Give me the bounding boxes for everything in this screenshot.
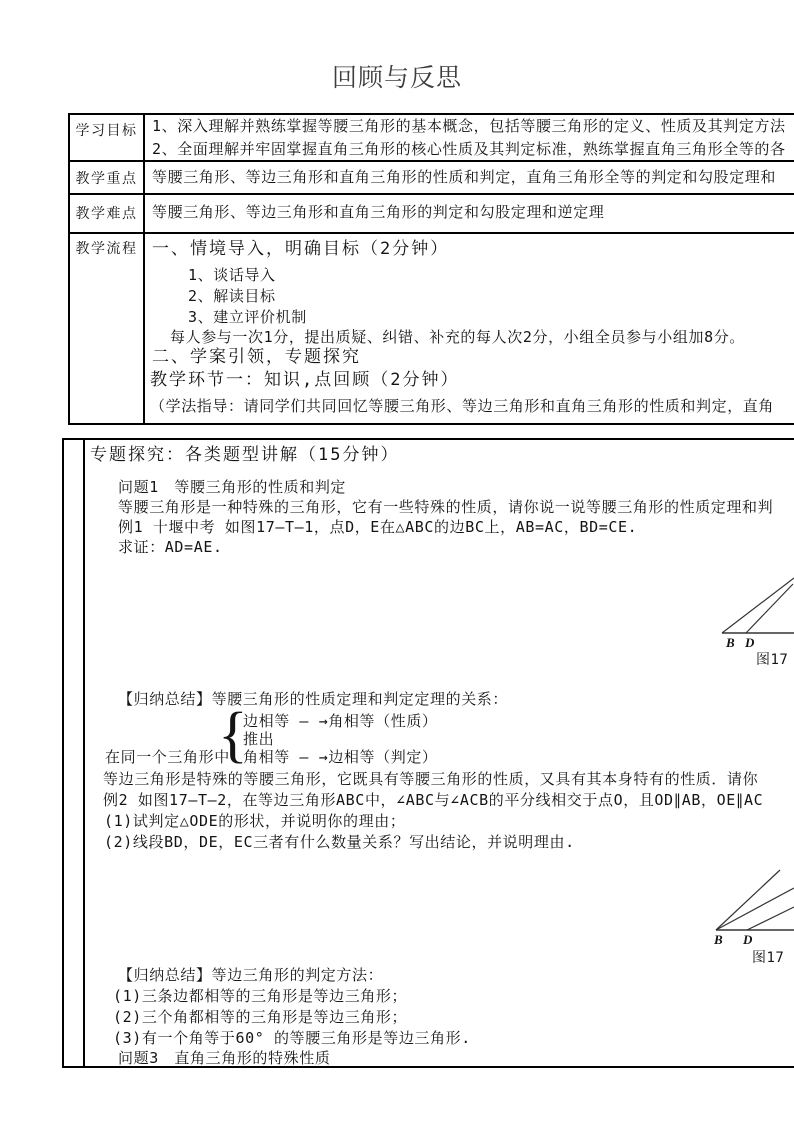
vertex-label-d: D (743, 933, 752, 946)
vertex-label-b: B (726, 636, 735, 649)
box-inner-divider (83, 438, 85, 1068)
problem1-intro: 等腰三角形是一种特殊的三角形，它有一些特殊的性质，请你说一说等腰三角形的性质定理… (118, 498, 773, 517)
brace-line-judgment: 角相等 — →边相等（判定） (243, 748, 438, 767)
figure-caption: 图17 (756, 649, 788, 669)
vertex-label-d: D (745, 636, 754, 649)
process-step2: 二、学案引领，专题探究 (152, 347, 361, 368)
triangle-figure-17-t-1: B D 图17 (700, 565, 794, 671)
problem3-title: 问题3 直角三角形的特殊性质 (118, 1049, 330, 1068)
process-item1: 1、谈话导入 (188, 266, 276, 285)
page-title: 回顾与反思 (0, 58, 794, 94)
column-divider (143, 113, 145, 425)
goal-line-1: 1、深入理解并熟练掌握等腰三角形的基本概念，包括等腰三角形的定义、性质及其判定方… (152, 117, 786, 136)
goal-line-2: 2、全面理解并牢固掌握直角三角形的核心性质及其判定标准，熟练掌握直角三角形全等的… (152, 140, 786, 159)
process-guide: （学法指导：请同学们共同回忆等腰三角形、等边三角形和直角三角形的性质和判定，直角 (150, 397, 774, 416)
vertex-label-b: B (714, 933, 723, 946)
equilateral-rule-1: (1)三条边都相等的三角形是等边三角形； (113, 987, 407, 1006)
row-separator (68, 160, 794, 162)
example2-text: 例2 如图17—T—2，在等边三角形ABC中，∠ABC与∠ACB的平分线相交于点… (103, 791, 763, 810)
row-separator (68, 193, 794, 195)
box-border-top (62, 438, 794, 440)
process-item2: 2、解读目标 (188, 287, 276, 306)
problem1-title: 问题1 等腰三角形的性质和判定 (118, 478, 346, 497)
process-step1: 一、情境导入，明确目标（2分钟） (152, 239, 449, 260)
row-label-goals: 学习目标 (68, 120, 145, 140)
example1-prove: 求证：AD=AE. (118, 538, 223, 557)
difficulty-text: 等腰三角形、等边三角形和直角三角形的判定和勾股定理和逆定理 (152, 203, 604, 222)
box-border-left (62, 438, 64, 1068)
table-border-top (68, 113, 794, 115)
process-segment: 教学环节一：知识,点回顾（2分钟） (150, 370, 459, 391)
example2-q1: (1)试判定△ODE的形状，并说明你的理由； (104, 812, 405, 831)
process-item3: 3、建立评价机制 (188, 308, 307, 327)
triangle-drawing (700, 565, 794, 639)
example1-text: 例1 十堰中考 如图17—T—1，点D，E在△ABC的边BC上，AB=AC，BD… (118, 518, 637, 537)
triangle-figure-17-t-2: B D 图17 (700, 858, 794, 964)
row-label-difficulty: 教学难点 (68, 203, 145, 223)
example2-q2: (2)线段BD，DE，EC三者有什么数量关系？写出结论，并说明理由. (104, 833, 575, 852)
summary1-title: 【归纳总结】等腰三角形的性质定理和判定定理的关系： (118, 690, 508, 709)
brace-context: 在同一个三角形中 (105, 748, 230, 767)
document-page: 回顾与反思 学习目标 教学重点 教学难点 教学流程 1、深入理解并熟练掌握等腰三… (0, 0, 794, 1123)
row-separator (68, 232, 794, 234)
row-label-process: 教学流程 (68, 238, 145, 258)
row-label-focus: 教学重点 (68, 168, 145, 188)
table-border-left (68, 113, 70, 425)
table-border-bottom (68, 423, 794, 425)
figure-caption: 图17 (752, 947, 784, 967)
brace-line-deduce: 推出 (243, 730, 274, 749)
focus-text: 等腰三角形、等边三角形和直角三角形的性质和判定，直角三角形全等的判定和勾股定理和 (152, 168, 776, 187)
triangle-drawing (700, 858, 794, 934)
exploration-title: 专题探究：各类题型讲解（15分钟） (90, 445, 399, 466)
equilateral-rule-3: (3)有一个角等于60° 的等腰三角形是等边三角形. (113, 1029, 471, 1048)
equilateral-rule-2: (2)三个角都相等的三角形是等边三角形； (113, 1008, 407, 1027)
brace-line-property: 边相等 — →角相等（性质） (243, 712, 438, 731)
summary2-title: 【归纳总结】等边三角形的判定方法： (118, 966, 383, 985)
equilateral-intro: 等边三角形是特殊的等腰三角形，它既具有等腰三角形的性质，又具有其本身特有的性质．… (103, 770, 758, 789)
process-scoring: 每人参与一次1分，提出质疑、纠错、补充的每人次2分，小组全员参与小组加8分。 (170, 328, 745, 347)
